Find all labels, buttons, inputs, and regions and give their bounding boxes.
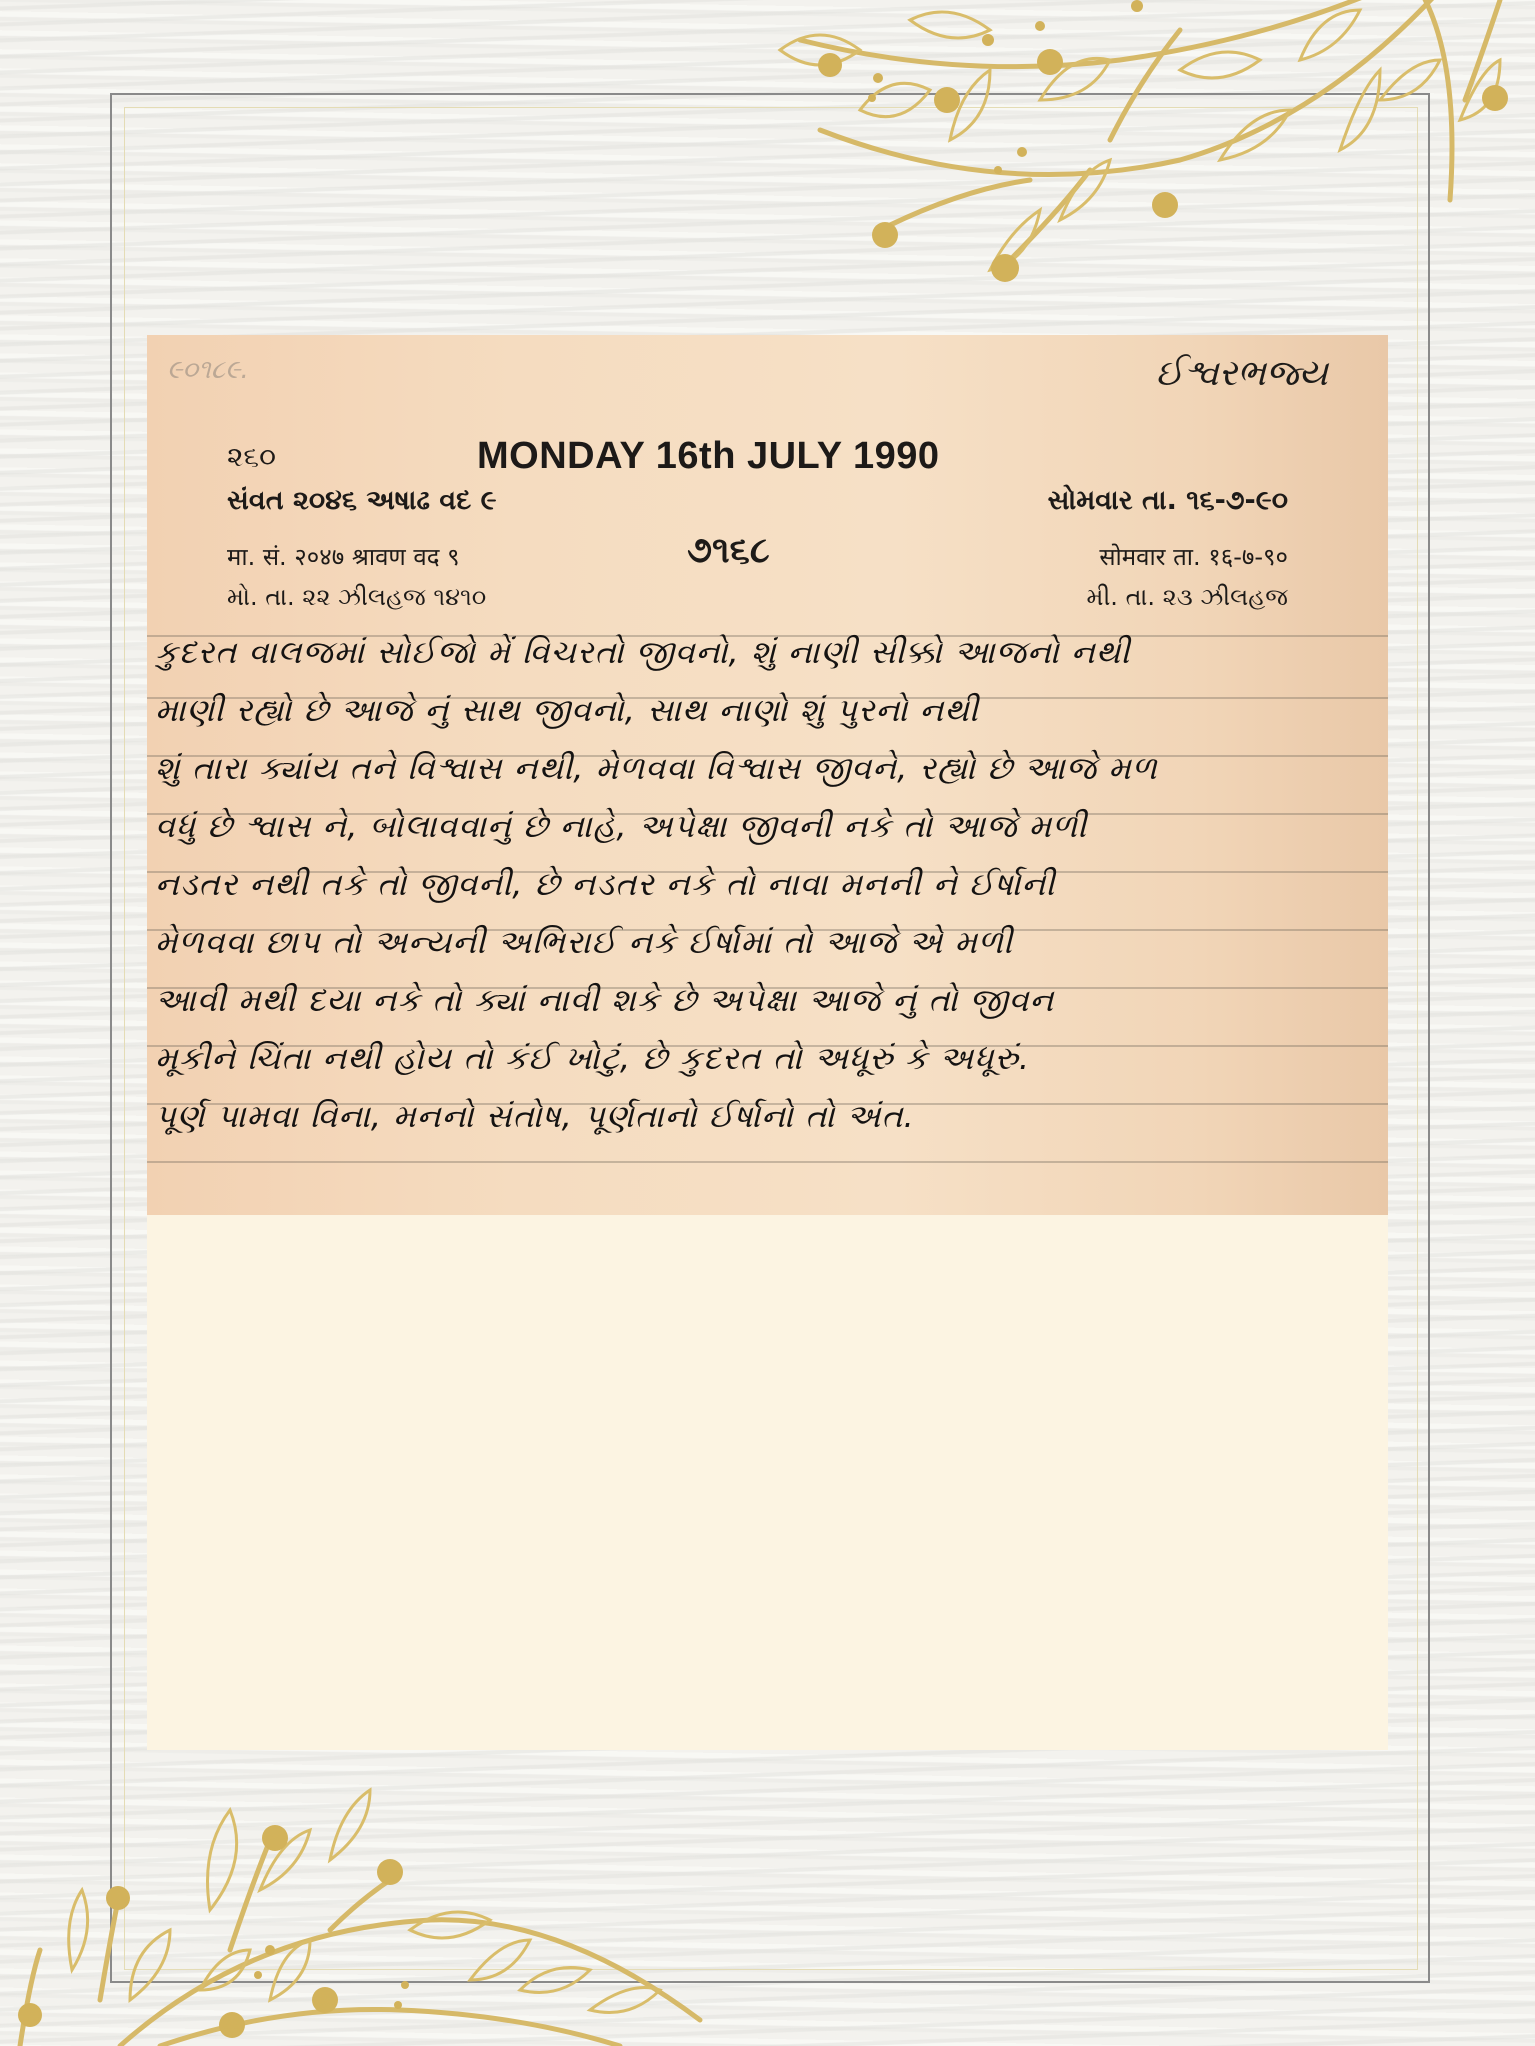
blank-cream-panel (147, 1215, 1388, 1750)
top-right-handwritten-note: ઈશ્વરભજ્ય (1156, 353, 1328, 395)
handwritten-line: આવી મથી દયા નકે તો ક્યાં નાવી શકે છે અપે… (155, 981, 1378, 1020)
header-right-gujarati-date: સોમવાર તા. ૧૬-૭-૯૦ (1048, 485, 1288, 517)
header-left-marwari-samvat: मा. सं. २०४७ श्रावण वद ९ (227, 540, 460, 573)
header-right-hijri: મી. તા. ૨૩ ઝીલહજ (1087, 583, 1289, 611)
diary-page-photo: ૯૦૧૮૯. ઈશ્વરભજ્ય ૨૬૦ MONDAY 16th JULY 19… (147, 335, 1388, 1215)
page-number: ૨૬૦ (227, 440, 276, 474)
handwritten-number-stamp: ૭૧૬૮ (687, 530, 770, 572)
handwritten-line: વધું છે શ્વાસ ને, બોલાવવાનું છે નાહે, અપ… (155, 807, 1378, 846)
ruled-line (147, 1161, 1388, 1163)
handwritten-line: મેળવવા છાપ તો અન્યની અભિરાઈ નકે ઈર્ષામાં… (155, 923, 1378, 962)
day-title: MONDAY 16th JULY 1990 (477, 435, 940, 478)
header-left-hijri: મો. તા. ૨૨ ઝીલહજ ૧૪૧૦ (227, 583, 486, 611)
handwritten-line: માણી રહ્યો છે આજે નું સાથ જીવનો, સાથ નાણ… (155, 691, 1378, 730)
header-right-hindi-date: सोमवार ता. १६-७-९० (1099, 540, 1288, 573)
handwritten-line: મૂકીને ચિંતા નથી હોય તો કંઈ ખોટું, છે કુ… (155, 1039, 1378, 1078)
handwritten-line: નડતર નથી તકે તો જીવની, છે નડતર નકે તો ના… (155, 865, 1378, 904)
pencil-note: ૯૦૧૮૯. (167, 355, 249, 386)
header-left-samvat: સંવત ૨૦૪૬ અષાઢ વદ ૯ (227, 485, 497, 517)
handwritten-line: પૂર્ણ પામવા વિના, મનનો સંતોષ, પૂર્ણતાનો … (155, 1097, 1378, 1136)
handwritten-line: કુદરત વાલજમાં સોઈજો મેં વિચરતો જીવનો, શુ… (155, 633, 1378, 672)
handwritten-line: શું તારા ક્યાંય તને વિશ્વાસ નથી, મેળવવા … (155, 749, 1378, 788)
